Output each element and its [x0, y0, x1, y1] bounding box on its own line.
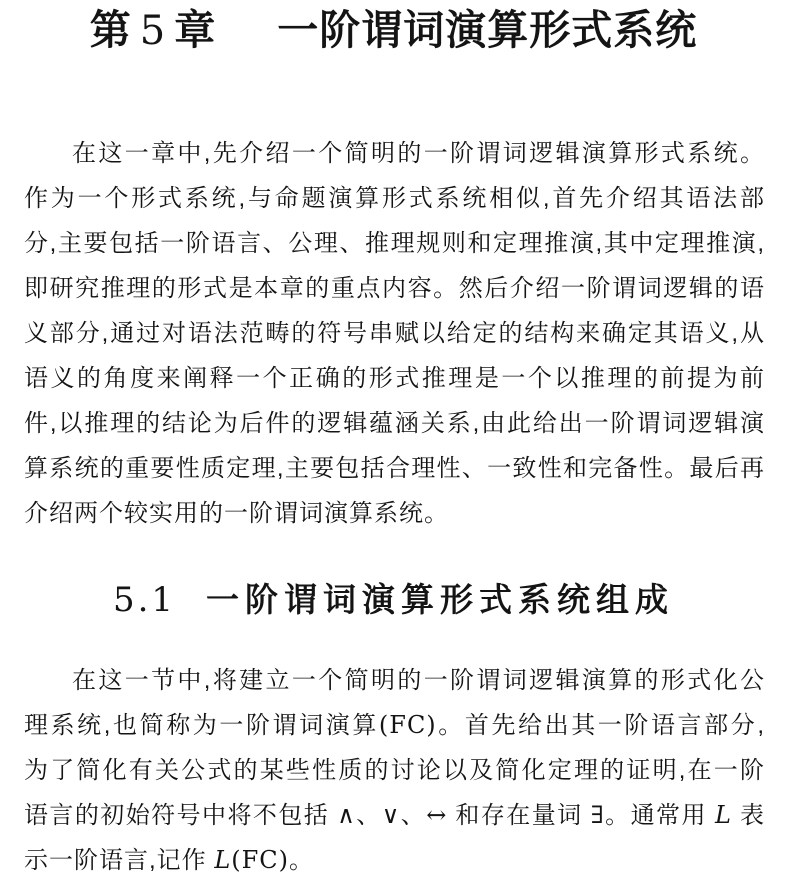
text-segment: 为了简化有关公式的某些性质的讨论以及简化定理的证明,在一阶	[24, 757, 765, 784]
text-segment: 、	[400, 802, 426, 829]
text-segment: ∧	[337, 801, 356, 829]
section-paragraph: 在这一节中,将建立一个简明的一阶谓词逻辑演算的形式化公理系统,也简称为一阶谓词演…	[24, 658, 765, 883]
chapter-heading: 第5章一阶谓词演算形式系统	[0, 5, 787, 56]
intro-paragraph: 在这一章中,先介绍一个简明的一阶谓词逻辑演算形式系统。作为一个形式系统,与命题演…	[24, 131, 765, 536]
section-number: 5.1	[113, 580, 176, 620]
text-segment: ∨	[382, 801, 401, 829]
text-segment: 。通常用	[605, 802, 715, 829]
text-line: 介绍两个较实用的一阶谓词演算系统。	[24, 491, 765, 536]
text-line: 理系统,也简称为一阶谓词演算(FC)。首先给出其一阶语言部分,	[24, 703, 765, 748]
text-segment: 语言的初始符号中将不包括	[24, 802, 337, 829]
chapter-suffix: 章	[174, 7, 217, 53]
text-line: 语言的初始符号中将不包括 ∧、∨、↔ 和存在量词 ∃。通常用 L 表	[24, 793, 765, 838]
text-segment: (FC)	[379, 711, 437, 739]
chapter-prefix: 第	[90, 7, 133, 53]
text-segment: (FC)	[231, 846, 289, 874]
text-segment: 、	[356, 802, 382, 829]
text-line: 作为一个形式系统,与命题演算形式系统相似,首先介绍其语法部	[24, 176, 765, 221]
text-segment: 在这一章中,先介绍一个简明的一阶谓词逻辑演算形式系统。	[72, 140, 765, 167]
text-segment: 算系统的重要性质定理,主要包括合理性、一致性和完备性。最后再	[24, 455, 765, 482]
text-line: 在这一节中,将建立一个简明的一阶谓词逻辑演算的形式化公	[24, 658, 765, 703]
text-segment: 作为一个形式系统,与命题演算形式系统相似,首先介绍其语法部	[24, 185, 765, 212]
text-segment: 介绍两个较实用的一阶谓词演算系统。	[24, 500, 449, 527]
text-line: 语义的角度来阐释一个正确的形式推理是一个以推理的前提为前	[24, 356, 765, 401]
text-segment: 。	[289, 847, 314, 874]
section-title: 一阶谓词演算形式系统组成	[206, 581, 674, 618]
text-line: 为了简化有关公式的某些性质的讨论以及简化定理的证明,在一阶	[24, 748, 765, 793]
chapter-number-group: 第5章	[90, 7, 217, 53]
section-heading: 5.1一阶谓词演算形式系统组成	[0, 579, 787, 622]
text-line: 算系统的重要性质定理,主要包括合理性、一致性和完备性。最后再	[24, 446, 765, 491]
text-segment: 义部分,通过对语法范畴的符号串赋以给定的结构来确定其语义,从	[24, 320, 765, 347]
text-segment: L	[214, 846, 231, 874]
text-segment: ∃	[591, 801, 605, 829]
text-line: 即研究推理的形式是本章的重点内容。然后介绍一阶谓词逻辑的语	[24, 266, 765, 311]
text-segment: 理系统,也简称为一阶谓词演算	[24, 712, 379, 739]
text-segment: 表	[732, 802, 765, 829]
book-page: 第5章一阶谓词演算形式系统 在这一章中,先介绍一个简明的一阶谓词逻辑演算形式系统…	[0, 0, 787, 888]
text-segment: 。首先给出其一阶语言部分,	[437, 712, 765, 739]
text-segment: 在这一节中,将建立一个简明的一阶谓词逻辑演算的形式化公	[72, 667, 765, 694]
text-segment: ↔	[426, 801, 447, 829]
chapter-title: 一阶谓词演算形式系统	[277, 7, 697, 53]
text-segment: 示一阶语言,记作	[24, 847, 214, 874]
text-line: 义部分,通过对语法范畴的符号串赋以给定的结构来确定其语义,从	[24, 311, 765, 356]
text-line: 示一阶语言,记作 L(FC)。	[24, 838, 765, 883]
text-segment: 即研究推理的形式是本章的重点内容。然后介绍一阶谓词逻辑的语	[24, 275, 765, 302]
text-segment: 语义的角度来阐释一个正确的形式推理是一个以推理的前提为前	[24, 365, 765, 392]
text-segment: L	[715, 801, 732, 829]
text-segment: 和存在量词	[447, 802, 590, 829]
chapter-number: 5	[133, 8, 174, 54]
text-line: 件,以推理的结论为后件的逻辑蕴涵关系,由此给出一阶谓词逻辑演	[24, 401, 765, 446]
text-line: 分,主要包括一阶语言、公理、推理规则和定理推演,其中定理推演,	[24, 221, 765, 266]
text-segment: 分,主要包括一阶语言、公理、推理规则和定理推演,其中定理推演,	[24, 230, 765, 257]
text-line: 在这一章中,先介绍一个简明的一阶谓词逻辑演算形式系统。	[24, 131, 765, 176]
text-segment: 件,以推理的结论为后件的逻辑蕴涵关系,由此给出一阶谓词逻辑演	[24, 410, 765, 437]
